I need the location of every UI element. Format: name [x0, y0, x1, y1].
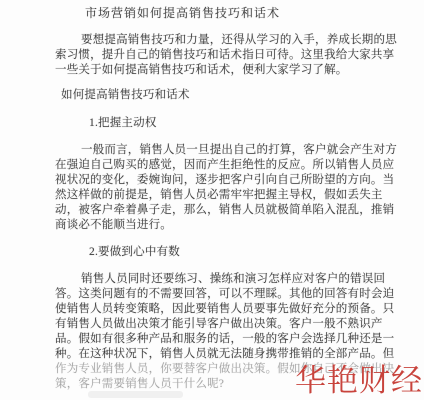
article-subtitle: 如何提高销售技巧和话术 — [61, 88, 405, 103]
article-body: 市场营销如何提高销售技巧和话术 要想提高销售技巧和力量，还得从学习的入手，养成长… — [55, 6, 405, 400]
text-line: 种。在这种状况下，销售人员就无法随身携带推销的全部产品。但 — [55, 347, 405, 362]
intro-paragraph: 要想提高销售技巧和力量，还得从学习的入手，养成长期的思 索习惯，提升自己的销售技… — [55, 33, 405, 78]
text-line: 销售人员同时还要练习、操练和演习怎样应对客户的错误回 — [55, 272, 405, 287]
document-title: 市场营销如何提高销售技巧和话术 — [85, 6, 405, 21]
text-line: 在强迫自己购买的感觉，因而产生拒绝性的反应。所以销售人员应 — [55, 158, 405, 173]
document-page: 市场营销如何提高销售技巧和话术 要想提高销售技巧和力量，还得从学习的入手，养成长… — [0, 0, 424, 400]
text-line: 商谈必不能顺当进行。 — [55, 218, 405, 233]
text-line: 索习惯，提升自己的销售技巧和话术指日可待。这里我给大家共享 — [55, 48, 405, 63]
text-line: 一般而言，销售人员一旦提出自己的打算，客户就会产生对方 — [55, 143, 405, 158]
text-line: 动，被客户牵着鼻子走，那么，销售人员就极简单陷入混乱，推销 — [55, 203, 405, 218]
text-line: 使销售人员转变策略，因此要销售人员要事先做好充分的预备。只 — [55, 302, 405, 317]
text-line: 然这样做的前提是，销售人员必需牢牢把握主导权，假如丢失主 — [55, 188, 405, 203]
section-1-paragraph: 一般而言，销售人员一旦提出自己的打算，客户就会产生对方 在强迫自己购买的感觉，因… — [55, 143, 405, 233]
text-line: 有销售人员做出决策才能引导客户做出决策。客户一般不熟识产 — [55, 317, 405, 332]
text-line: 品。假如有很多种产品和服务的话，一般的客户会选择几种还是一 — [55, 332, 405, 347]
text-line: 答。这类问题有的不需要回答，可以不理睬。其他的回答有时会迫 — [55, 287, 405, 302]
watermark: 华艳财经 — [295, 364, 423, 398]
section-2-heading: 2.要做到心中有数 — [89, 245, 405, 260]
text-line: 视状况的变化，委婉询问，逐步把客户引向自己所盼望的方向。当 — [55, 173, 405, 188]
text-line: 要想提高销售技巧和力量，还得从学习的入手，养成长期的思 — [55, 33, 405, 48]
section-1-heading: 1.把握主动权 — [89, 116, 405, 131]
text-line: 一些关于如何提高销售技巧和话术，便利大家学习了解。 — [55, 63, 405, 78]
cutoff-text-blur — [88, 391, 183, 398]
